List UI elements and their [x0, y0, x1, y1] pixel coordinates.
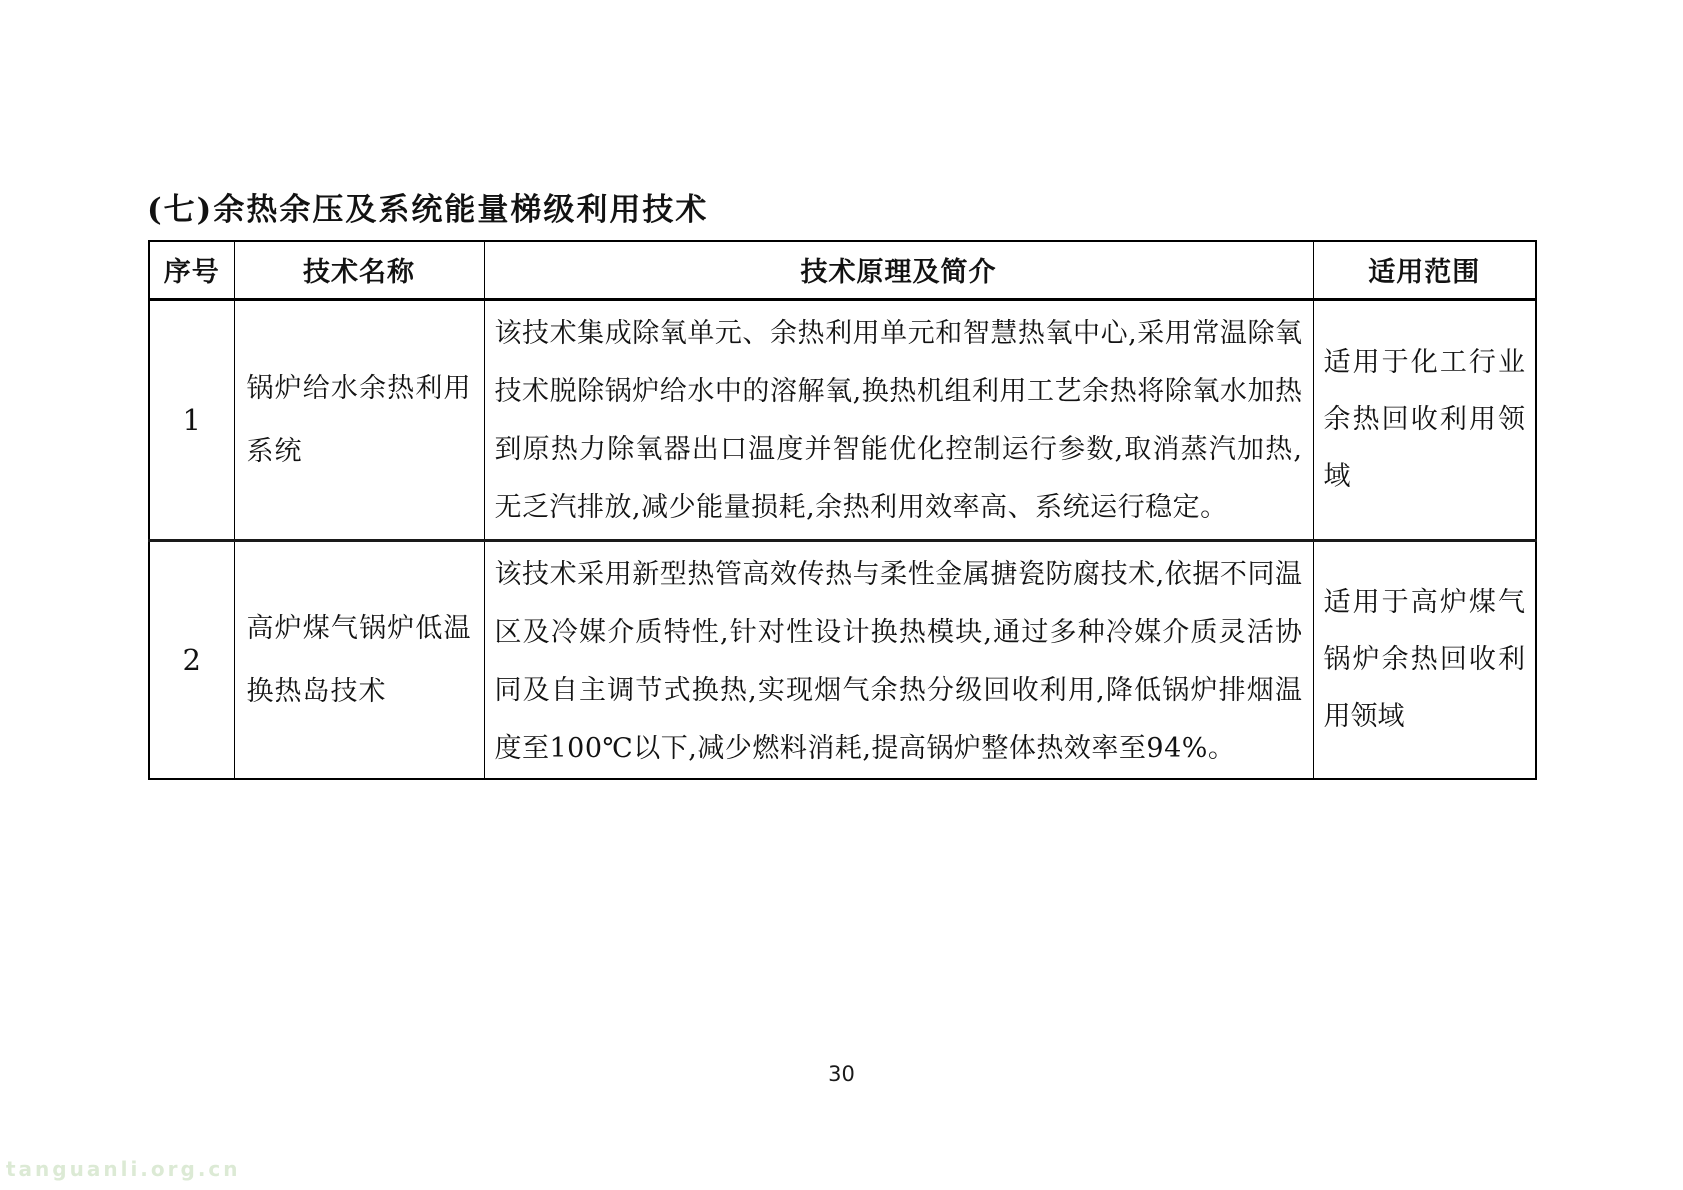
tech-name-line: 高炉煤气锅炉低温: [247, 597, 472, 660]
principle-line: 度至100℃以下,减少燃料消耗,提高锅炉整体热效率至94%。: [495, 720, 1303, 778]
scope-line: 域: [1324, 448, 1526, 505]
scope-line: 锅炉余热回收利: [1324, 631, 1526, 688]
tech-name-line: 系统: [247, 420, 472, 483]
principle-line: 该技术采用新型热管高效传热与柔性金属搪瓷防腐技术,依据不同温: [495, 546, 1303, 604]
technology-table: 序号 技术名称 技术原理及简介 适用范围 1 锅炉给水余热利用 系统 该技术集成…: [148, 240, 1537, 780]
principle-line: 无乏汽排放,减少能量损耗,余热利用效率高、系统运行稳定。: [495, 479, 1303, 537]
page-number: 30: [0, 1062, 1683, 1086]
row2-scope: 适用于高炉煤气 锅炉余热回收利 用领域: [1313, 540, 1536, 779]
row2-principle: 该技术采用新型热管高效传热与柔性金属搪瓷防腐技术,依据不同温 区及冷媒介质特性,…: [484, 540, 1313, 779]
scope-line: 适用于化工行业: [1324, 334, 1526, 391]
row1-principle: 该技术集成除氧单元、余热利用单元和智慧热氧中心,采用常温除氧 技术脱除锅炉给水中…: [484, 299, 1313, 540]
principle-line: 同及自主调节式换热,实现烟气余热分级回收利用,降低锅炉排烟温: [495, 662, 1303, 720]
tech-name-line: 锅炉给水余热利用: [247, 357, 472, 420]
row1-scope: 适用于化工行业 余热回收利用领 域: [1313, 299, 1536, 540]
header-name: 技术名称: [234, 241, 484, 299]
header-index: 序号: [149, 241, 234, 299]
principle-line: 技术脱除锅炉给水中的溶解氧,换热机组利用工艺余热将除氧水加热: [495, 363, 1303, 421]
row1-index: 1: [149, 299, 234, 540]
scope-line: 适用于高炉煤气: [1324, 574, 1526, 631]
watermark-text: tanguanli.org.cn: [6, 1157, 241, 1181]
table-header-row: 序号 技术名称 技术原理及简介 适用范围: [149, 241, 1536, 299]
tech-name-line: 换热岛技术: [247, 660, 472, 723]
row2-index: 2: [149, 540, 234, 779]
row1-tech-name: 锅炉给水余热利用 系统: [234, 299, 484, 540]
table-row: 1 锅炉给水余热利用 系统 该技术集成除氧单元、余热利用单元和智慧热氧中心,采用…: [149, 299, 1536, 540]
scope-line: 用领域: [1324, 688, 1526, 745]
principle-line: 该技术集成除氧单元、余热利用单元和智慧热氧中心,采用常温除氧: [495, 305, 1303, 363]
row2-tech-name: 高炉煤气锅炉低温 换热岛技术: [234, 540, 484, 779]
principle-line: 到原热力除氧器出口温度并智能优化控制运行参数,取消蒸汽加热,: [495, 421, 1303, 479]
scope-line: 余热回收利用领: [1324, 391, 1526, 448]
section-heading: (七)余热余压及系统能量梯级利用技术: [147, 184, 708, 229]
table-row: 2 高炉煤气锅炉低温 换热岛技术 该技术采用新型热管高效传热与柔性金属搪瓷防腐技…: [149, 540, 1536, 779]
header-scope: 适用范围: [1313, 241, 1536, 299]
principle-line: 区及冷媒介质特性,针对性设计换热模块,通过多种冷媒介质灵活协: [495, 604, 1303, 662]
header-principle: 技术原理及简介: [484, 241, 1313, 299]
